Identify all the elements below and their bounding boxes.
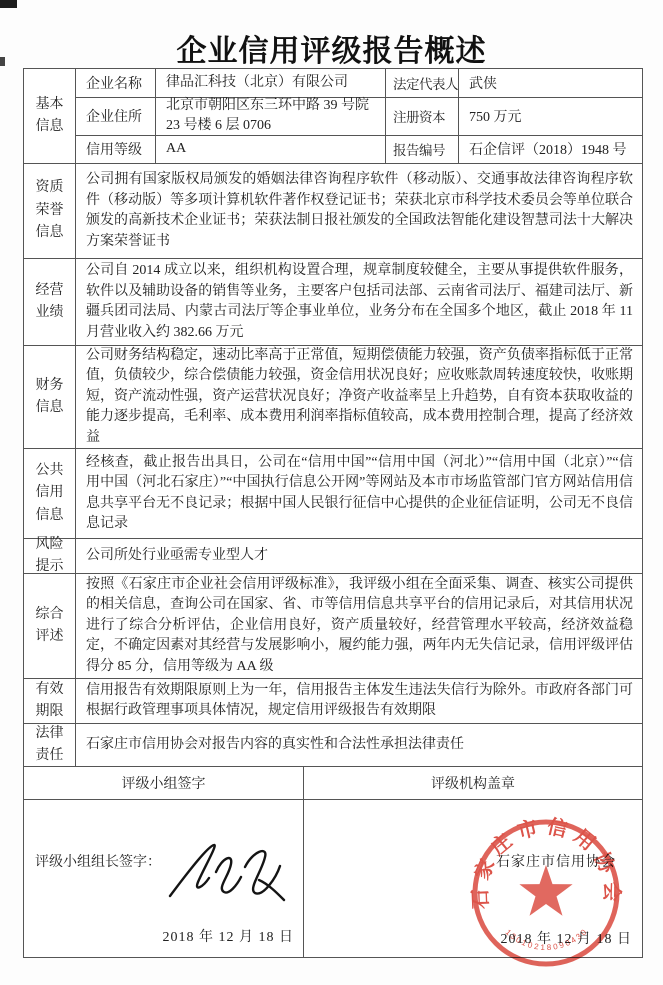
- field-value-credit-grade: AA: [156, 136, 386, 164]
- field-value-address: 北京市朝阳区东三环中路 39 号院 23 号楼 6 层 0706: [156, 98, 386, 135]
- public-credit-content: 经核查，截止报告出具日，公司在“信用中国”“信用中国（河北）”“信用中国（北京）…: [86, 453, 633, 535]
- risk-content: 公司所处行业亟需专业型人才: [86, 546, 633, 567]
- qualification-content: 公司拥有国家版权局颁发的婚姻法律咨询程序软件（移动版）、交通事故法律咨询程序软件…: [86, 170, 633, 252]
- agency-seal-cell: 石家庄市信用协会 2018 年 12 月 18 日 石家庄市信用协会 13010…: [304, 800, 642, 957]
- section-label-validity: 有效期限: [24, 679, 76, 723]
- performance-content: 公司自 2014 成立以来，组织机构设置合理，规章制度较健全，主要从事提供软件服…: [86, 261, 633, 343]
- section-label-overall: 综合评述: [24, 574, 76, 678]
- section-label-performance: 经营业绩: [24, 259, 76, 345]
- overall-review-content: 按照《石家庄市企业社会信用评级标准》，我评级小组在全面采集、调查、核实公司提供的…: [86, 575, 633, 678]
- section-label-qualification: 资质荣誉信息: [24, 164, 76, 258]
- field-label-legal-rep: 法定代表人: [386, 69, 459, 97]
- field-label-report-number: 报告编号: [386, 136, 459, 164]
- section-legal-liability: 法律责任 石家庄市信用协会对报告内容的真实性和合法性承担法律责任: [24, 724, 642, 767]
- red-official-seal: 石家庄市信用协会 13010218090430: [464, 811, 628, 975]
- section-financial-info: 财务信息 公司财务结构稳定，速动比率高于正常值，短期偿债能力较强，资产负债率指标…: [24, 346, 642, 449]
- rating-team-signature-header: 评级小组签字: [24, 767, 304, 799]
- field-label-address: 企业住所: [76, 98, 156, 135]
- team-leader-signature-cell: 评级小组组长签字： 2018 年 12 月 18 日: [24, 800, 304, 957]
- field-label-credit-grade: 信用等级: [76, 136, 156, 164]
- handwritten-signature: [164, 836, 294, 918]
- credit-report-page: { "page": { "title": "企业信用评级报告概述" }, "ba…: [0, 0, 663, 985]
- seal-number-text: 13010218090430: [504, 926, 590, 952]
- section-label-basic: 基本信息: [24, 69, 76, 163]
- field-label-registered-capital: 注册资本: [386, 98, 459, 135]
- field-value-report-number: 石企信评（2018）1948 号: [459, 136, 642, 164]
- section-label-risk: 风险提示: [24, 539, 76, 573]
- section-validity-period: 有效期限 信用报告有效期限原则上为一年，信用报告主体发生违法失信行为除外。市政府…: [24, 679, 642, 724]
- field-label-company-name: 企业名称: [76, 69, 156, 97]
- scan-smudge-corner: [0, 0, 17, 8]
- row-company-address: 企业住所 北京市朝阳区东三环中路 39 号院 23 号楼 6 层 0706 注册…: [76, 98, 642, 136]
- section-public-credit-info: 公共信用信息 经核查，截止报告出具日，公司在“信用中国”“信用中国（河北）”“信…: [24, 449, 642, 539]
- svg-text:13010218090430: 13010218090430: [504, 926, 590, 952]
- section-label-financial: 财务信息: [24, 346, 76, 448]
- section-business-performance: 经营业绩 公司自 2014 成立以来，组织机构设置合理，规章制度较健全，主要从事…: [24, 259, 642, 346]
- financial-content: 公司财务结构稳定，速动比率高于正常值，短期偿债能力较强，资产负债率指标低于正常值…: [86, 346, 633, 449]
- field-value-company-name: 律品汇科技（北京）有限公司: [156, 69, 386, 97]
- field-value-registered-capital: 750 万元: [459, 98, 642, 135]
- page-title: 企业信用评级报告概述: [0, 26, 663, 70]
- team-leader-sign-label: 评级小组组长签字：: [35, 851, 161, 871]
- section-label-public-credit: 公共信用信息: [24, 449, 76, 538]
- legal-liability-content: 石家庄市信用协会对报告内容的真实性和合法性承担法律责任: [86, 735, 633, 756]
- section-basic-info: 基本信息 企业名称 律品汇科技（北京）有限公司 法定代表人 武侠 企业住所 北京…: [24, 69, 642, 164]
- section-risk-notice: 风险提示 公司所处行业亟需专业型人才: [24, 539, 642, 574]
- rating-agency-seal-header: 评级机构盖章: [304, 767, 642, 799]
- team-signature-date: 2018 年 12 月 18 日: [163, 926, 295, 946]
- seal-star-icon: [519, 865, 572, 916]
- report-table: 基本信息 企业名称 律品汇科技（北京）有限公司 法定代表人 武侠 企业住所 北京…: [23, 68, 643, 958]
- signature-header-row: 评级小组签字 评级机构盖章: [24, 767, 642, 800]
- row-company-name: 企业名称 律品汇科技（北京）有限公司 法定代表人 武侠: [76, 69, 642, 98]
- section-label-legal: 法律责任: [24, 724, 76, 766]
- section-qualification-honors: 资质荣誉信息 公司拥有国家版权局颁发的婚姻法律咨询程序软件（移动版）、交通事故法…: [24, 164, 642, 259]
- signature-stamp-row: 评级小组组长签字： 2018 年 12 月 18 日 石家庄市信用协会 2018…: [24, 800, 642, 957]
- section-overall-review: 综合评述 按照《石家庄市企业社会信用评级标准》，我评级小组在全面采集、调查、核实…: [24, 574, 642, 679]
- field-value-legal-rep: 武侠: [459, 69, 642, 97]
- row-credit-grade: 信用等级 AA 报告编号 石企信评（2018）1948 号: [76, 136, 642, 164]
- validity-content: 信用报告有效期限原则上为一年，信用报告主体发生违法失信行为除外。市政府各部门可根…: [86, 681, 633, 722]
